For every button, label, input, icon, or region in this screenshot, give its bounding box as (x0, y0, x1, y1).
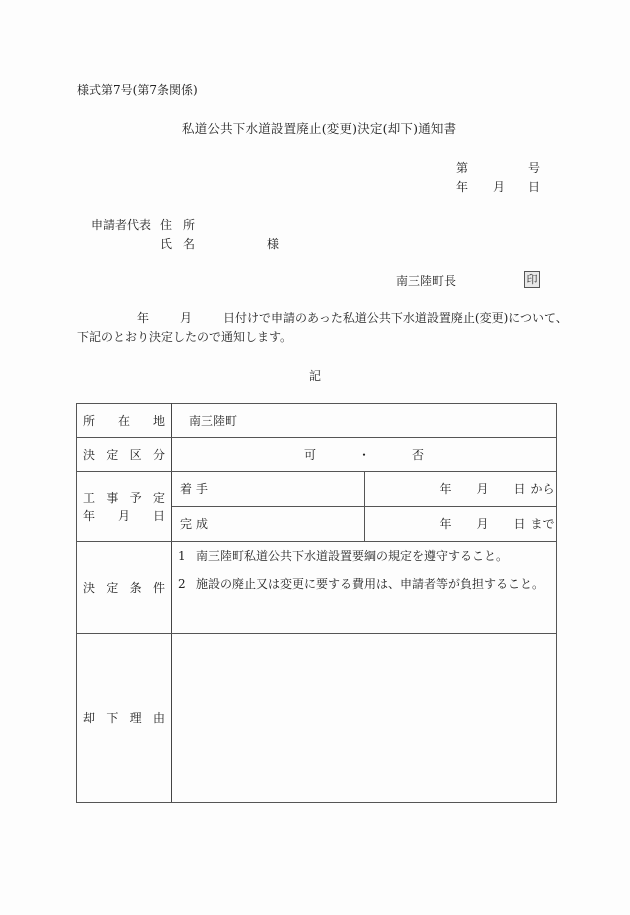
body-rest: 日付けで申請のあった私道公共下水道設置廃止(変更)について、 (223, 311, 568, 325)
label-char: 事 (106, 492, 118, 504)
start-date-value[interactable]: 年月日から (364, 472, 557, 507)
label-char: 決 (83, 582, 95, 594)
label-char: 区 (130, 449, 142, 461)
conditions-label: 決 定 条 件 (77, 542, 172, 634)
decision-type-value: 可・否 (172, 438, 557, 472)
condition-item: 1 南三陸町私道公共下水道設置要綱の規定を遵守すること。 (178, 550, 550, 578)
option-reject[interactable]: 否 (412, 449, 424, 461)
table-row-location: 所 在 地 南三陸町 (77, 404, 557, 438)
reference-number-suffix: 号 (528, 162, 540, 174)
day-unit: 日 (514, 518, 531, 530)
label-char: 由 (153, 712, 165, 724)
complete-date-value[interactable]: 年月日まで (364, 507, 557, 542)
label-char: 手 (196, 483, 208, 495)
honorific: 様 (267, 238, 279, 250)
month-unit: 月 (477, 483, 514, 495)
body-year: 年 (137, 311, 149, 325)
issue-date-month: 月 (493, 181, 505, 193)
condition-number: 2 (178, 578, 196, 590)
label-char: 工 (83, 492, 95, 504)
label-char: 件 (153, 582, 165, 594)
issue-date-year: 年 (456, 181, 468, 193)
label-char: 所 (83, 415, 95, 427)
issue-date-day: 日 (528, 181, 540, 193)
table-row-decision-type: 決 定 区 分 可・否 (77, 438, 557, 472)
applicant-label: 申請者代表 (91, 219, 151, 231)
location-value[interactable]: 南三陸町 (172, 404, 557, 438)
label-char: 在 (118, 415, 130, 427)
label-char: 分 (153, 449, 165, 461)
condition-text: 施設の廃止又は変更に要する費用は、申請者等が負担すること。 (196, 578, 544, 590)
schedule-label: 工 事 予 定 年 月 日 (77, 472, 172, 542)
complete-label: 完 成 (172, 507, 365, 542)
label-char: 定 (153, 492, 165, 504)
label-char: 月 (118, 510, 130, 522)
condition-text: 南三陸町私道公共下水道設置要綱の規定を遵守すること。 (196, 550, 508, 562)
option-separator: ・ (358, 449, 370, 461)
seal-icon: 印 (524, 271, 540, 288)
rejection-reason-label: 却 下 理 由 (77, 634, 172, 803)
label-char: 日 (153, 510, 165, 522)
label-char: 予 (130, 492, 142, 504)
location-label: 所 在 地 (77, 404, 172, 438)
label-char: 理 (130, 712, 142, 724)
label-char: 定 (106, 449, 118, 461)
until-suffix: まで (531, 518, 555, 530)
label-char: 年 (83, 510, 95, 522)
body-text-line1: 年月日付けで申請のあった私道公共下水道設置廃止(変更)について、 (137, 312, 568, 324)
address-label: 住所 (160, 219, 206, 231)
ki-heading: 記 (309, 370, 321, 382)
label-char: 定 (106, 582, 118, 594)
decision-table: 所 在 地 南三陸町 決 定 区 分 可・否 (76, 403, 557, 803)
table-row-rejection-reason: 却 下 理 由 (77, 634, 557, 803)
conditions-value: 1 南三陸町私道公共下水道設置要綱の規定を遵守すること。 2 施設の廃止又は変更… (172, 542, 557, 634)
condition-number: 1 (178, 550, 196, 562)
label-char: 完 (180, 518, 192, 530)
table-row-conditions: 決 定 条 件 1 南三陸町私道公共下水道設置要綱の規定を遵守すること。 2 施… (77, 542, 557, 634)
label-char: 成 (196, 518, 208, 530)
rejection-reason-value[interactable] (172, 634, 557, 803)
label-char: 決 (83, 449, 95, 461)
year-unit: 年 (440, 483, 477, 495)
label-char: 地 (153, 415, 165, 427)
notice-document: 様式第7号(第7条関係) 私道公共下水道設置廃止(変更)決定(却下)通知書 第 … (0, 0, 630, 915)
condition-item: 2 施設の廃止又は変更に要する費用は、申請者等が負担すること。 (178, 578, 550, 606)
table-row-schedule-start: 工 事 予 定 年 月 日 着 手 (77, 472, 557, 507)
decision-type-label: 決 定 区 分 (77, 438, 172, 472)
reference-number-prefix: 第 (456, 162, 468, 174)
month-unit: 月 (477, 518, 514, 530)
form-number: 様式第7号(第7条関係) (77, 84, 198, 96)
label-char: 下 (106, 712, 118, 724)
body-text-line2: 下記のとおり決定したので通知します。 (77, 331, 292, 343)
start-label: 着 手 (172, 472, 365, 507)
day-unit: 日 (514, 483, 531, 495)
label-char: 着 (180, 483, 192, 495)
issuer-title: 南三陸町長 (396, 275, 456, 287)
label-char: 条 (130, 582, 142, 594)
year-unit: 年 (440, 518, 477, 530)
body-month: 月 (180, 311, 192, 325)
option-approve[interactable]: 可 (304, 449, 316, 461)
name-label: 氏名 (160, 238, 206, 250)
from-suffix: から (531, 483, 555, 495)
document-title: 私道公共下水道設置廃止(変更)決定(却下)通知書 (182, 123, 456, 136)
label-char: 却 (83, 712, 95, 724)
